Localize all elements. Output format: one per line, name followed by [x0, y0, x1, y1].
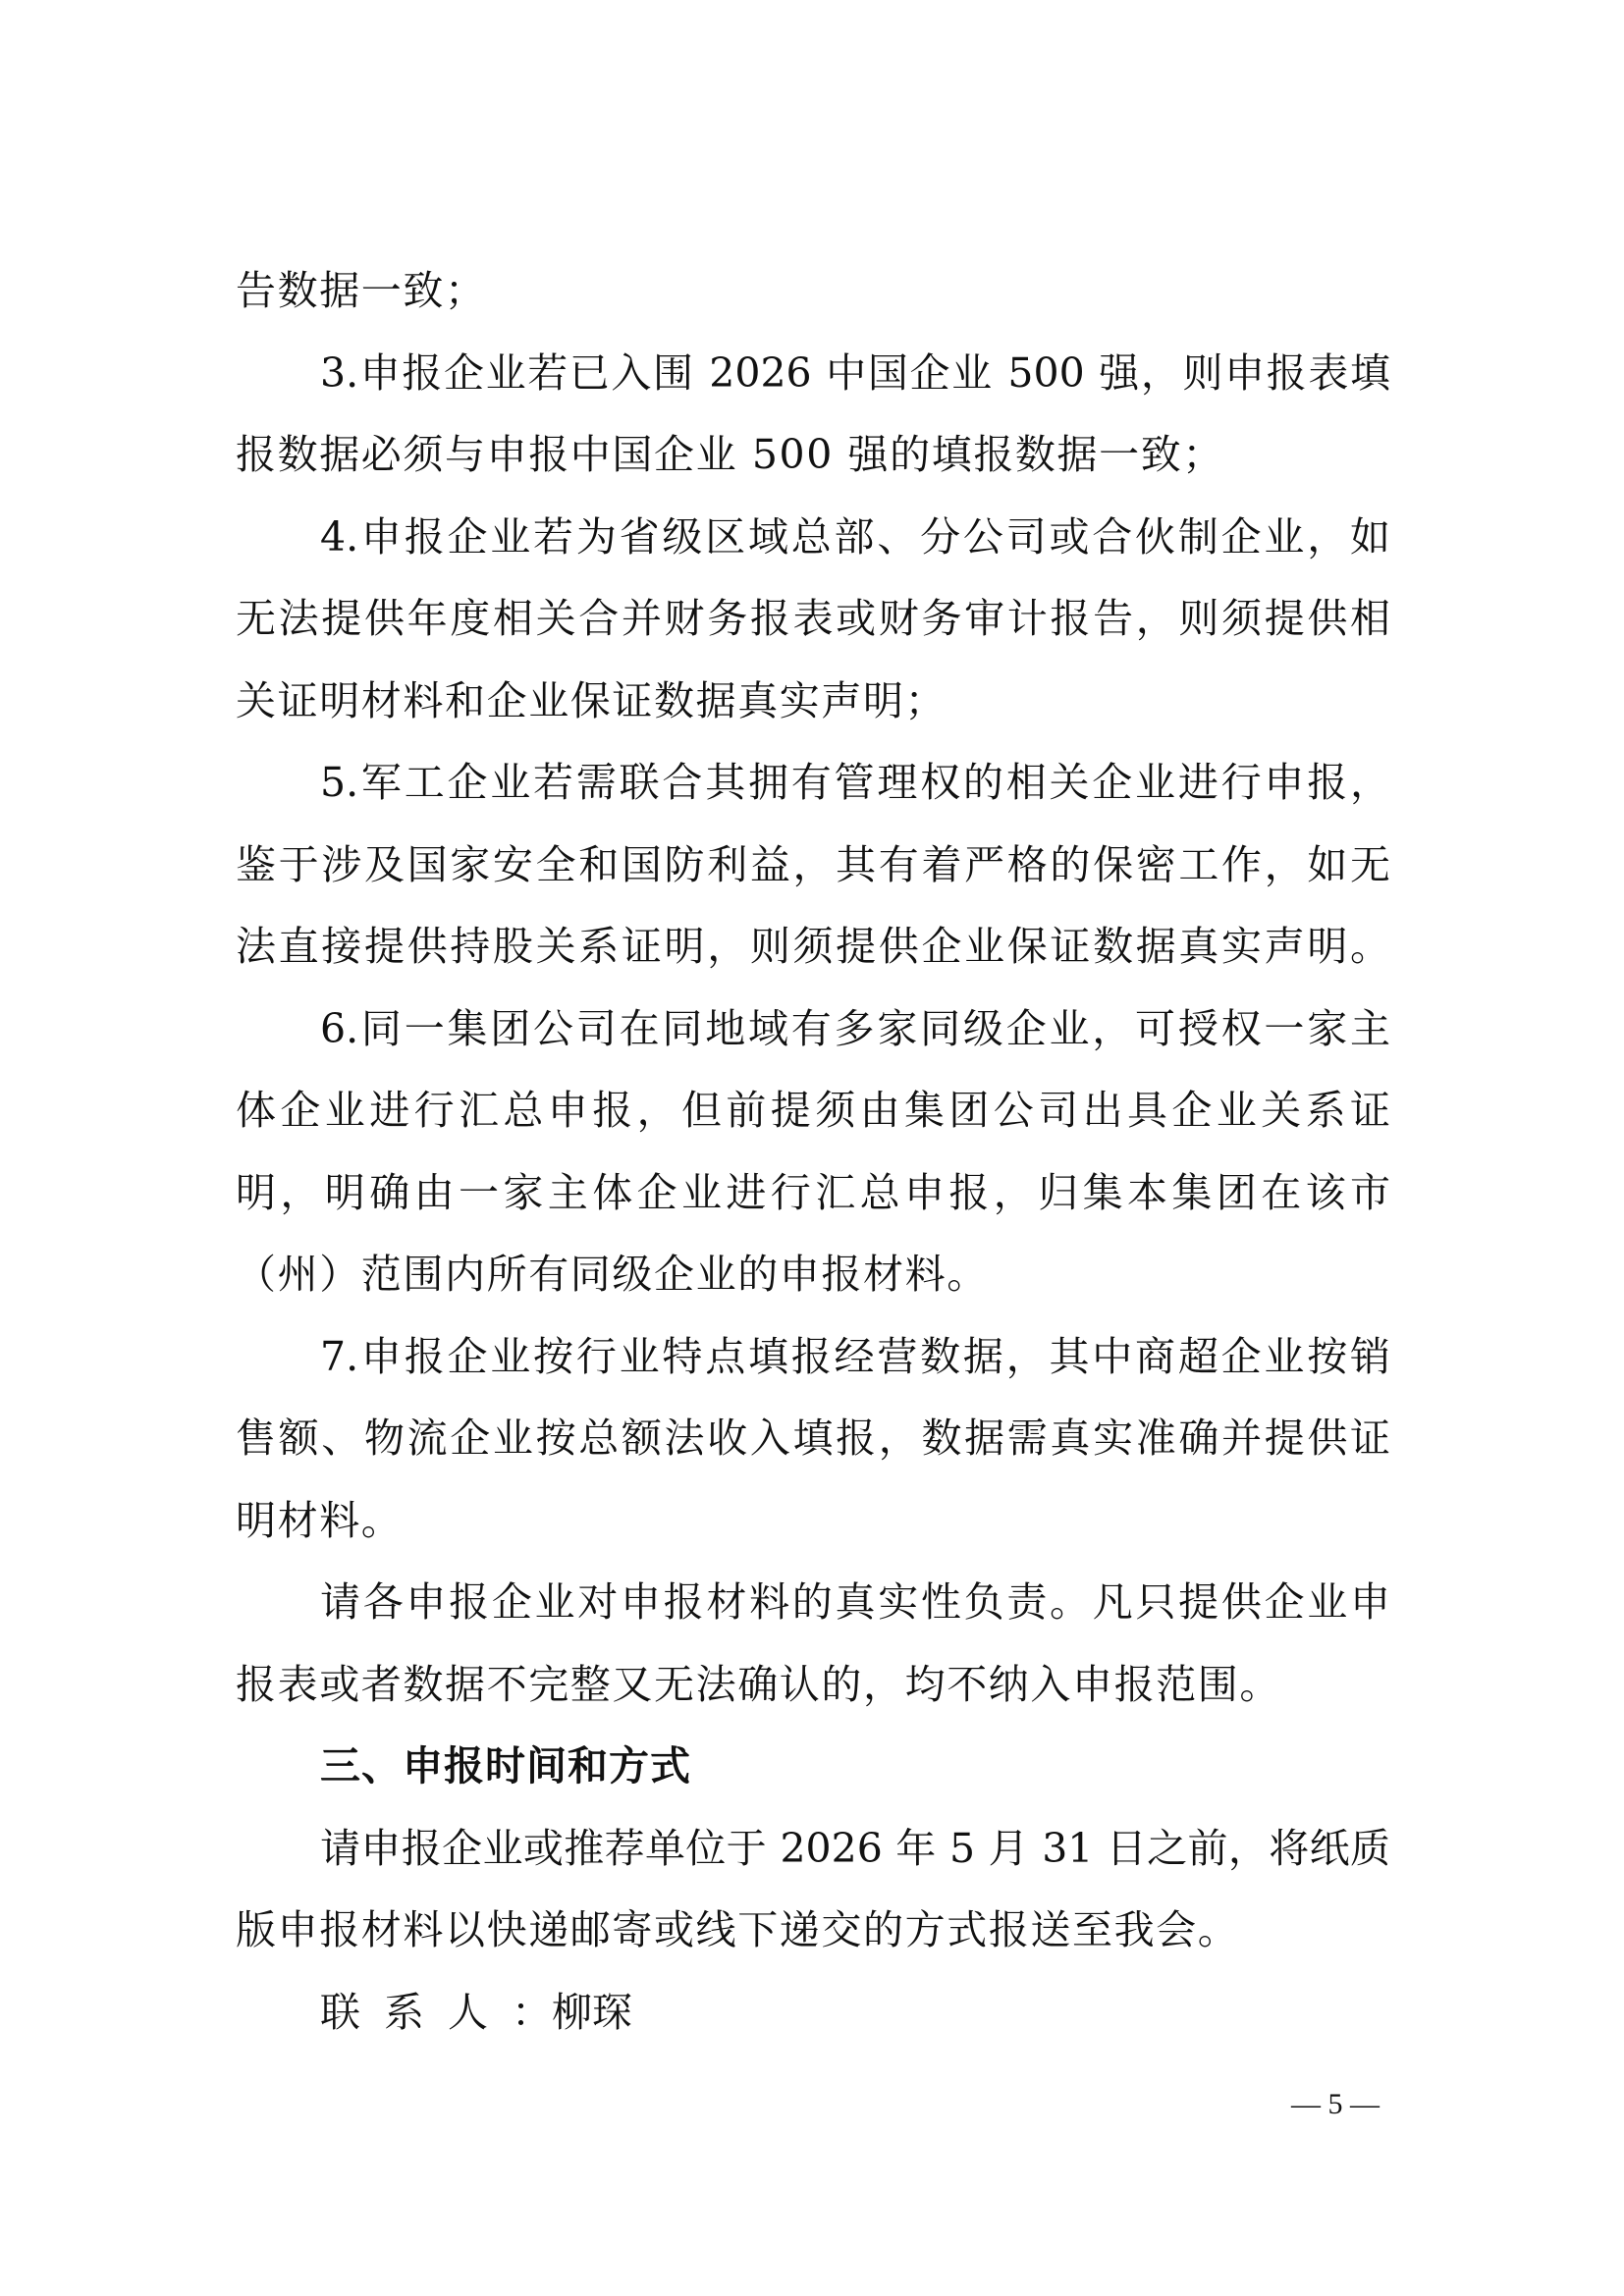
paragraph-line: （州）范围内所有同级企业的申报材料。	[236, 1234, 1390, 1316]
paragraph-line: 报数据必须与申报中国企业 500 强的填报数据一致；	[236, 414, 1390, 497]
contact-separator: ：	[512, 1989, 552, 2036]
document-body: 告数据一致； 3.申报企业若已入围 2026 中国企业 500 强，则申报表填 …	[236, 250, 1390, 2054]
contact-label: 联系人	[320, 1989, 512, 2036]
contact-line: 联系人：柳琛	[236, 1972, 1390, 2055]
paragraph-line: 无法提供年度相关合并财务报表或财务审计报告，则须提供相	[236, 578, 1390, 661]
section-heading: 三、申报时间和方式	[236, 1726, 1390, 1808]
paragraph-line: 售额、物流企业按总额法收入填报，数据需真实准确并提供证	[236, 1398, 1390, 1480]
paragraph-line: 明材料。	[236, 1480, 1390, 1563]
paragraph-line: 关证明材料和企业保证数据真实声明；	[236, 661, 1390, 743]
contact-name: 柳琛	[552, 1989, 632, 2036]
paragraph-line: 鉴于涉及国家安全和国防利益，其有着严格的保密工作，如无	[236, 825, 1390, 907]
submission-line: 请申报企业或推荐单位于 2026 年 5 月 31 日之前，将纸质	[236, 1808, 1390, 1891]
paragraph-line: 告数据一致；	[236, 250, 1390, 333]
item-4-line: 4.申报企业若为省级区域总部、分公司或合伙制企业，如	[236, 497, 1390, 579]
page-number: — 5 —	[1274, 2085, 1396, 2124]
paragraph-line: 明，明确由一家主体企业进行汇总申报，归集本集团在该市	[236, 1152, 1390, 1235]
item-7-line: 7.申报企业按行业特点填报经营数据，其中商超企业按销	[236, 1316, 1390, 1399]
paragraph-line: 报表或者数据不完整又无法确认的，均不纳入申报范围。	[236, 1644, 1390, 1727]
submission-line: 版申报材料以快递邮寄或线下递交的方式报送至我会。	[236, 1890, 1390, 1972]
responsibility-note-line: 请各申报企业对申报材料的真实性负责。凡只提供企业申	[236, 1562, 1390, 1644]
document-page: 告数据一致； 3.申报企业若已入围 2026 中国企业 500 强，则申报表填 …	[0, 0, 1624, 2296]
paragraph-line: 法直接提供持股关系证明，则须提供企业保证数据真实声明。	[236, 906, 1390, 988]
paragraph-line: 体企业进行汇总申报，但前提须由集团公司出具企业关系证	[236, 1070, 1390, 1152]
item-3-line: 3.申报企业若已入围 2026 中国企业 500 强，则申报表填	[236, 333, 1390, 415]
item-6-line: 6.同一集团公司在同地域有多家同级企业，可授权一家主	[236, 988, 1390, 1071]
item-5-line: 5.军工企业若需联合其拥有管理权的相关企业进行申报，	[236, 742, 1390, 825]
